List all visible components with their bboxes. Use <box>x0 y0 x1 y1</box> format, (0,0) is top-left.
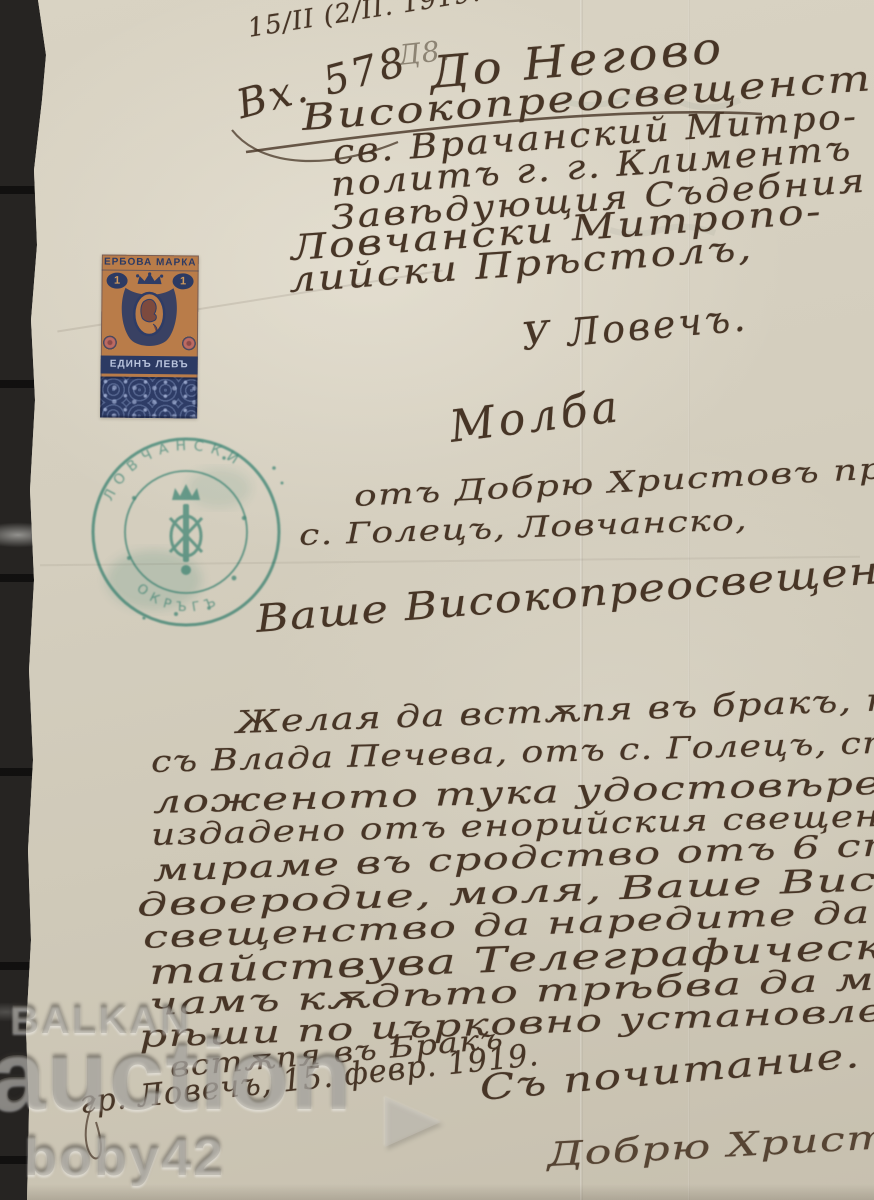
stamp-guilloche-panel <box>100 376 197 418</box>
watermark-auction: auction <box>0 1018 353 1133</box>
stamp-value-text: ЕДИНЪ ЛЕВЪ <box>101 355 198 374</box>
watermark-boby42: boby42 <box>24 1126 225 1188</box>
stamp-header-text: ЕРБОВА МАРКА <box>102 254 199 271</box>
watermark-arrow-icon <box>385 1097 441 1147</box>
stamp-rosette-right <box>182 336 196 350</box>
stamp-rosette-left <box>103 336 117 350</box>
photo-of-document: ЛОВЧАНСКИ ОКРЪГЪ ЕРБОВА МАРКА 1 1 <box>0 0 874 1200</box>
revenue-stamp: ЕРБОВА МАРКА 1 1 ЕДИНЪ ЛЕВЪ <box>100 254 199 418</box>
stamp-coat-of-arms <box>117 272 182 355</box>
